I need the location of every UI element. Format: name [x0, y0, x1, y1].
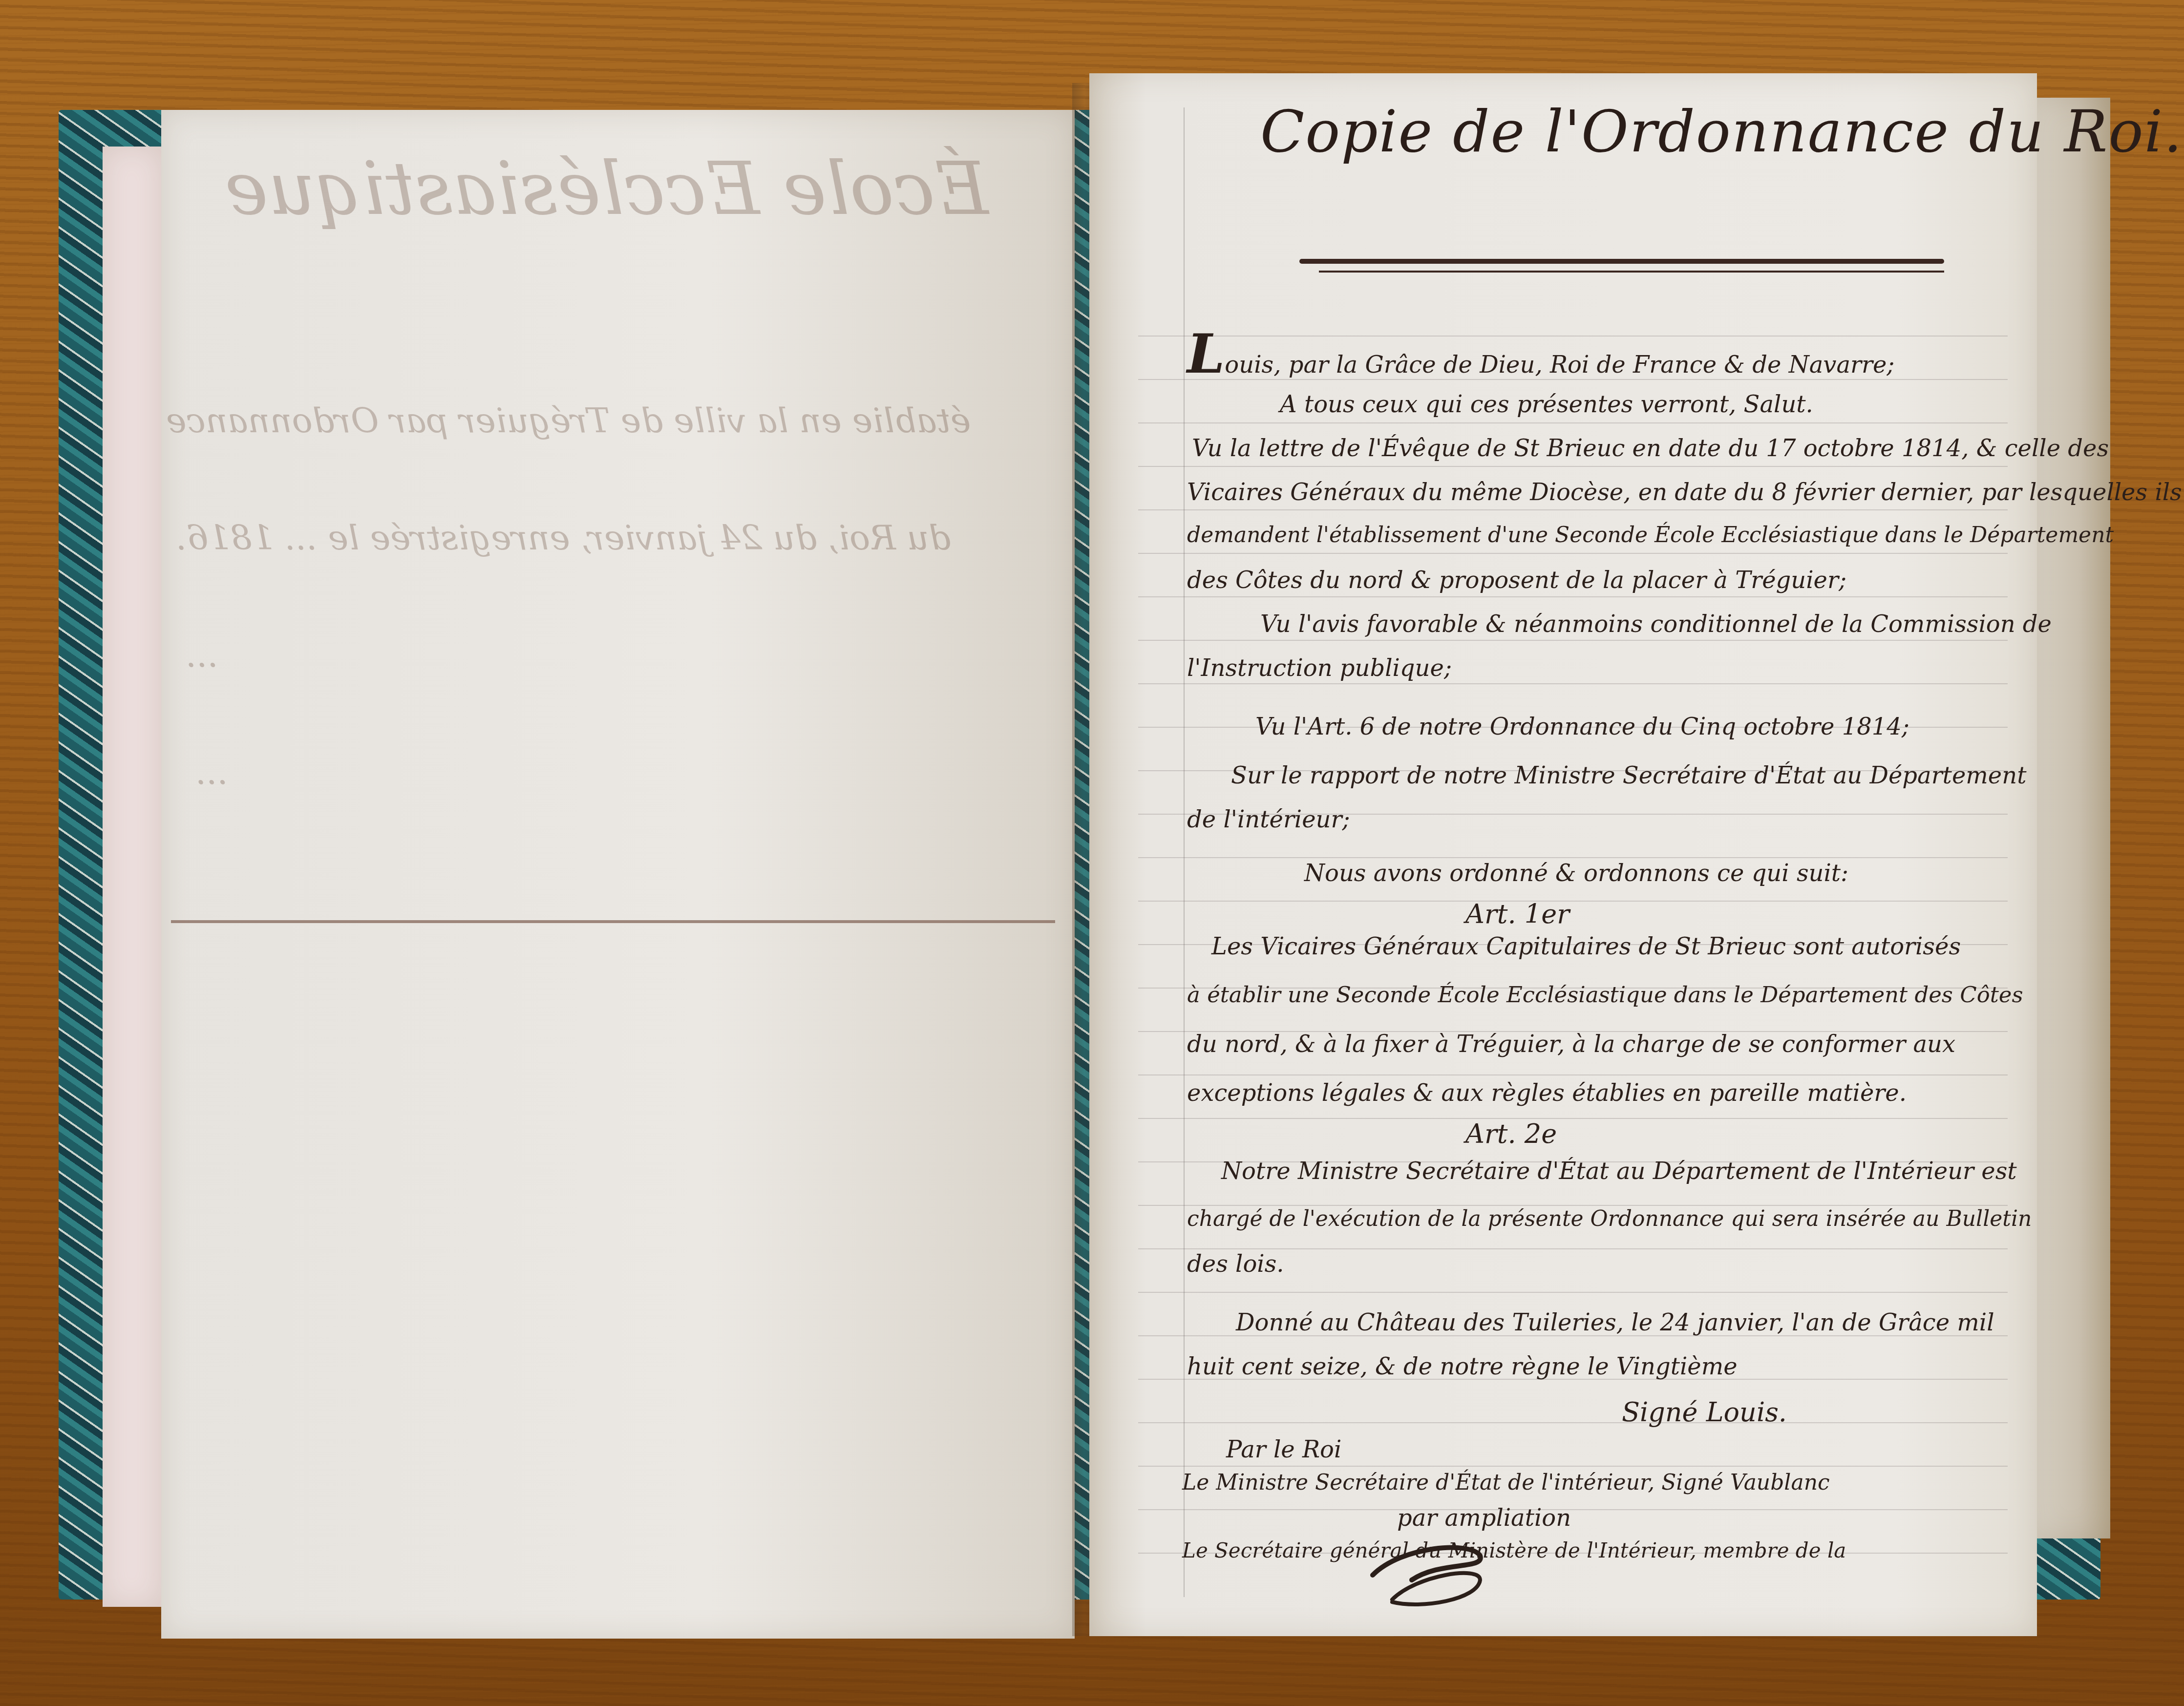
show-through-line: École Ecclésiastique [225, 147, 989, 232]
article-2-line: chargé de l'exécution de la présente Ord… [1187, 1206, 2032, 1231]
closing-line: Donné au Château des Tuileries, le 24 ja… [1236, 1309, 1994, 1336]
article-1-line: du nord, & à la fixer à Tréguier, à la c… [1187, 1031, 1955, 1058]
preamble-line: Nous avons ordonné & ordonnons ce qui su… [1304, 860, 1848, 887]
preamble-line: l'Instruction publique; [1187, 654, 1452, 682]
left-page-rule [171, 920, 1055, 923]
par-ampliation: par ampliation [1397, 1504, 1571, 1532]
preamble-line: Sur le rapport de notre Ministre Secréta… [1231, 762, 2026, 789]
minister-countersign: Le Ministre Secrétaire d'État de l'intér… [1182, 1470, 1830, 1495]
preamble-line: Vu la lettre de l'Évêque de St Brieuc en… [1192, 435, 2109, 462]
preamble-line: des Côtes du nord & proposent de la plac… [1187, 567, 1846, 594]
right-page-stack [2032, 98, 2110, 1538]
show-through-line: établie en la ville de Tréguier par Ordo… [166, 400, 971, 441]
show-through-line: ... [195, 752, 228, 792]
article-2-line: Notre Ministre Secrétaire d'État au Dépa… [1221, 1158, 2017, 1185]
royal-signature: Signé Louis. [1622, 1397, 1787, 1428]
preamble-line: de l'intérieur; [1187, 806, 1350, 833]
article-1-line: Les Vicaires Généraux Capitulaires de St… [1211, 933, 1961, 960]
show-through-line: du Roi, du 24 janvier, enregistrée le ..… [176, 518, 951, 558]
preamble-line: Vu l'Art. 6 de notre Ordonnance du Cinq … [1255, 713, 1909, 740]
salutation-line: Louis, par la Grâce de Dieu, Roi de Fran… [1187, 322, 1895, 385]
article-1-line: à établir une Seconde École Ecclésiastiq… [1187, 982, 2023, 1008]
preamble-line: demandent l'établissement d'une Seconde … [1187, 523, 2114, 548]
title-double-rule [1299, 259, 1944, 273]
margin-line [1184, 107, 1185, 1597]
left-page [161, 110, 1075, 1639]
show-through-line: ... [186, 635, 218, 675]
article-1-heading: Art. 1er [1465, 899, 1569, 929]
par-le-roi: Par le Roi [1226, 1436, 1341, 1463]
closing-line: huit cent seize, & de notre règne le Vin… [1187, 1353, 1738, 1380]
salutation-line-2: A tous ceux qui ces présentes verront, S… [1280, 391, 1813, 418]
drop-initial: L [1187, 322, 1225, 385]
article-2-line: des lois. [1187, 1250, 1284, 1278]
article-2-heading: Art. 2e [1465, 1118, 1557, 1149]
paraph-flourish-icon [1363, 1541, 1490, 1609]
preamble-line: Vicaires Généraux du même Diocèse, en da… [1187, 479, 2182, 506]
article-1-line: exceptions légales & aux règles établies… [1187, 1079, 1907, 1107]
secretary-line: Le Secrétaire général du Ministère de l'… [1182, 1538, 1846, 1562]
left-flyleaf-edge [103, 147, 161, 1607]
document-title: Copie de l'Ordonnance du Roi. [1260, 98, 2183, 165]
preamble-line: Vu l'avis favorable & néanmoins conditio… [1260, 611, 2052, 638]
